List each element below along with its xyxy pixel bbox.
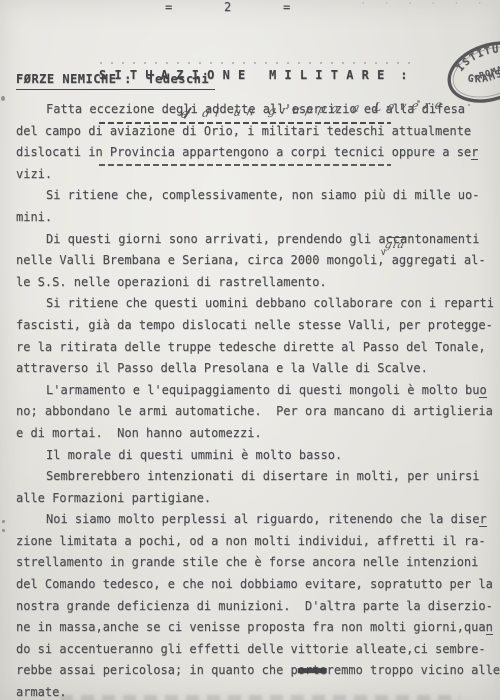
typed-text-line: Si ritiene che questi uomini debbano col… xyxy=(16,293,498,315)
typed-text-line: alle Formazioni partigiane. xyxy=(16,488,498,510)
scan-speck xyxy=(430,190,432,192)
typed-text-line: Noi siamo molto perplessi al riguardo, r… xyxy=(16,509,498,531)
handwritten-annotation-gia: già xyxy=(384,238,407,251)
continuation-underscore: r xyxy=(471,145,478,160)
typed-text-line: ne in massa,anche se ci venisse proposta… xyxy=(16,617,498,639)
typed-text-line: del Comando tedesco, e che noi dobbiamo … xyxy=(16,574,498,596)
page-number-right-mark: = xyxy=(283,0,290,14)
typed-text-line: Si ritiene che, complessivamente, non si… xyxy=(16,185,498,207)
typed-text-line: strellamento in grande stile che è forse… xyxy=(16,552,498,574)
scan-speck xyxy=(1,96,5,101)
typed-text-line: nostra grande deficienza di munizioni. D… xyxy=(16,596,498,618)
typed-text-line: le S.S. nelle operazioni di rastrellamen… xyxy=(16,272,498,294)
typed-text-line: Sembrerebbero intenzionati di disertare … xyxy=(16,466,498,488)
faint-archival-marks: · · · · · · xyxy=(360,0,488,10)
scan-speck xyxy=(2,529,5,532)
page-number-left-mark: = xyxy=(165,0,172,14)
typed-text-line: dislocati in Provincia appartengono a co… xyxy=(16,142,498,164)
scan-speck xyxy=(2,520,5,523)
typed-text-line: fascisti, già da tempo dislocati nelle s… xyxy=(16,315,498,337)
scan-speck xyxy=(300,196,302,198)
typed-text-line: Il morale di questi ummini è molto basso… xyxy=(16,445,498,467)
typed-text-line: rebbe assai pericolosa; in quanto che po… xyxy=(16,660,498,682)
typed-text-line: e di mortai. Non hanno automezzi. xyxy=(16,423,498,445)
dotted-rule xyxy=(100,62,412,64)
typed-text-line: L'armamento e l'equipaggiamento di quest… xyxy=(16,380,498,402)
page-number: 2 xyxy=(224,0,231,14)
typed-text-line: attraverso il Passo della Presolana e la… xyxy=(16,358,498,380)
typed-text-line: no; abbondano le armi automatiche. Per o… xyxy=(16,401,498,423)
typed-text-line: del campo di aviazione di Orio, i milita… xyxy=(16,121,498,143)
scan-speck xyxy=(468,104,470,106)
continuation-underscore: o xyxy=(479,383,486,398)
section-heading: FØRZE NEMICHE : Tedeschi xyxy=(16,72,215,90)
typed-text-line: Di questi giorni sono arrivati, prendend… xyxy=(16,229,498,251)
scanned-document-page: = 2 = · · · · · · S I T U A Z I O N E M … xyxy=(0,0,500,700)
typed-text-line: zione limitata a pochi, od a non molti i… xyxy=(16,531,498,553)
insertion-caret: ∨ xyxy=(380,248,387,258)
typed-text-line: do si accentueranno gli effetti delle vi… xyxy=(16,639,498,661)
continuation-underscore: r xyxy=(479,512,486,527)
cutoff-next-line-ghost xyxy=(60,695,460,700)
scan-speck xyxy=(417,100,420,103)
typed-text-line: nelle Valli Brembana e Seriana, circa 20… xyxy=(16,250,498,272)
continuation-underscore: n xyxy=(486,620,493,635)
typed-text-line: re la ritirata delle truppe tedesche dir… xyxy=(16,337,498,359)
overstruck-text: orte xyxy=(298,663,327,677)
document-body: Fatta eccezione degli addette all'eserci… xyxy=(16,99,498,700)
typed-text-line: vizi. xyxy=(16,164,498,186)
typed-text-line: mini. xyxy=(16,207,498,229)
